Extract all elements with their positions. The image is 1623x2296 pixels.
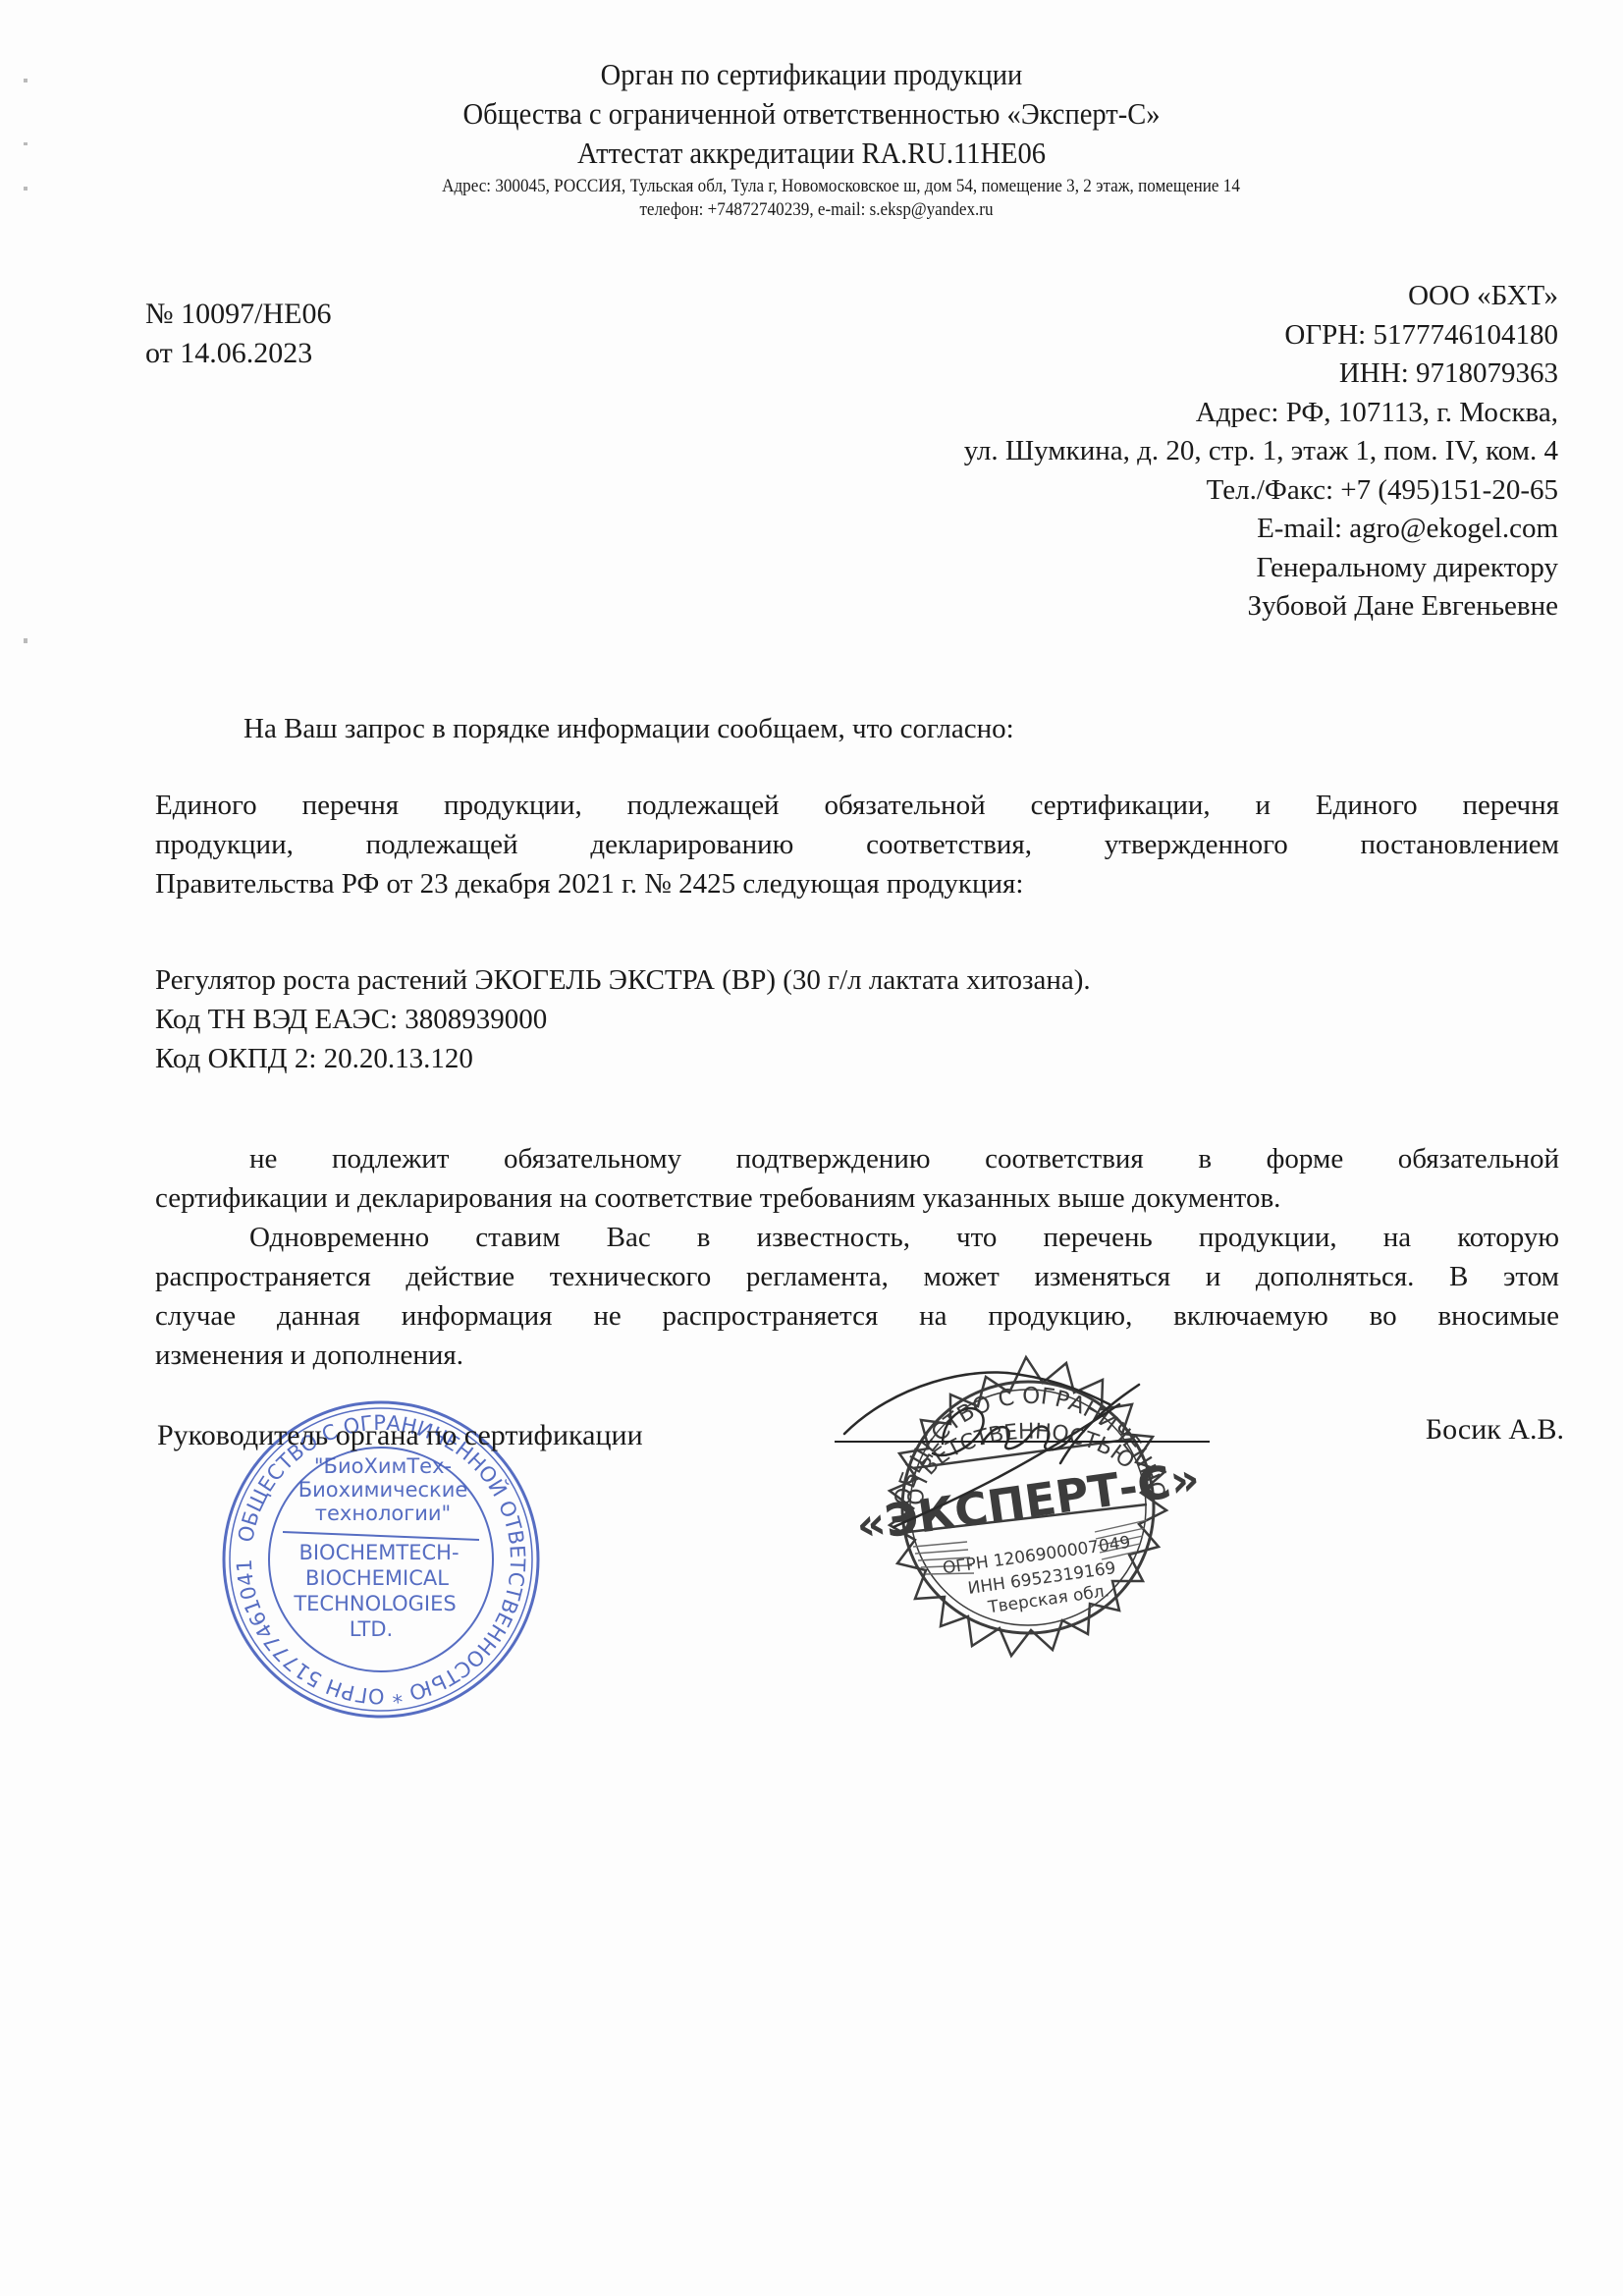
product-name: Регулятор роста растений ЭКОГЕЛЬ ЭКСТРА …: [155, 960, 1559, 1000]
document-number: № 10097/НЕ06: [145, 295, 331, 334]
product-okpd-code: Код ОКПД 2: 20.20.13.120: [155, 1039, 1559, 1078]
svg-text:"БиоХимТех-: "БиоХимТех-: [314, 1454, 452, 1478]
certification-stamp: ОБЩЕСТВО С ОГРАНИЧЕННОЙ ОТВЕТСТВЕННОСТЬЮ…: [835, 1345, 1217, 1669]
svg-text:технологии": технологии": [315, 1502, 451, 1525]
signatory-name: Босик А.В.: [1426, 1410, 1564, 1449]
product-block: Регулятор роста растений ЭКОГЕЛЬ ЭКСТРА …: [155, 960, 1559, 1078]
letterhead: Орган по сертификации продукции Общества…: [0, 55, 1623, 222]
letterhead-address: Адрес: 300045, РОССИЯ, Тульская обл, Тул…: [137, 175, 1545, 198]
recipient-address-line1: Адрес: РФ, 107113, г. Москва,: [964, 394, 1558, 433]
recipient-address-line2: ул. Шумкина, д. 20, стр. 1, этаж 1, пом.…: [964, 432, 1558, 471]
notice-line: случае данная информация не распространя…: [155, 1296, 1559, 1336]
svg-text:BIOCHEMTECH-: BIOCHEMTECH-: [298, 1541, 459, 1564]
conclusion-line: сертификации и декларирования на соответ…: [155, 1178, 1559, 1218]
product-tnved-code: Код ТН ВЭД ЕАЭС: 3808939000: [155, 1000, 1559, 1039]
recipient-position: Генеральному директору: [964, 549, 1558, 588]
recipient-phone: Тел./Факс: +7 (495)151-20-65: [964, 471, 1558, 511]
recipient-company: ООО «БХТ»: [964, 277, 1558, 316]
signatory-title: Руководитель органа по сертификации: [157, 1416, 643, 1455]
svg-text:Биохимические: Биохимические: [298, 1478, 468, 1502]
recipient-inn: ИНН: 9718079363: [964, 355, 1558, 394]
notice-line: Одновременно ставим Вас в известность, ч…: [155, 1218, 1559, 1257]
regulation-line: продукции, подлежащей декларированию соо…: [155, 825, 1559, 864]
conclusion-line: не подлежит обязательному подтверждению …: [155, 1139, 1559, 1178]
svg-text:TECHNOLOGIES: TECHNOLOGIES: [293, 1592, 456, 1615]
conclusion-paragraph: не подлежит обязательному подтверждению …: [155, 1139, 1559, 1375]
intro-paragraph: На Ваш запрос в порядке информации сообщ…: [243, 709, 1520, 748]
scan-artifact: [24, 638, 27, 643]
svg-text:BIOCHEMICAL: BIOCHEMICAL: [305, 1566, 449, 1590]
recipient-ogrn: ОГРН: 5177746104180: [964, 316, 1558, 355]
recipient-email: E-mail: agro@ekogel.com: [964, 510, 1558, 549]
regulation-paragraph: Единого перечня продукции, подлежащей об…: [155, 786, 1559, 903]
signature-line: [835, 1441, 1210, 1443]
blue-stamp-center: "БиоХимТех- Биохимические технологии" BI…: [293, 1454, 467, 1641]
document-reference: № 10097/НЕ06 от 14.06.2023: [145, 295, 331, 373]
grey-stamp-details: ОГРН 1206900007049 ИНН 6952319169 Тверск…: [942, 1533, 1138, 1623]
svg-text:LTD.: LTD.: [350, 1617, 393, 1641]
letterhead-contact: телефон: +74872740239, e-mail: s.eksp@ya…: [90, 198, 1542, 222]
recipient-name: Зубовой Дане Евгеньевне: [964, 587, 1558, 627]
document-date: от 14.06.2023: [145, 334, 331, 373]
letterhead-organization: Общества с ограниченной ответственностью…: [65, 94, 1558, 134]
recipient-block: ООО «БХТ» ОГРН: 5177746104180 ИНН: 97180…: [964, 277, 1558, 627]
letterhead-title: Орган по сертификации продукции: [65, 55, 1558, 94]
letter-page: Орган по сертификации продукции Общества…: [0, 0, 1623, 2296]
notice-line: распространяется действие технического р…: [155, 1257, 1559, 1296]
regulation-line: Правительства РФ от 23 декабря 2021 г. №…: [155, 864, 1559, 903]
letterhead-accreditation: Аттестат аккредитации RA.RU.11НЕ06: [65, 134, 1558, 173]
regulation-line: Единого перечня продукции, подлежащей об…: [155, 786, 1559, 825]
